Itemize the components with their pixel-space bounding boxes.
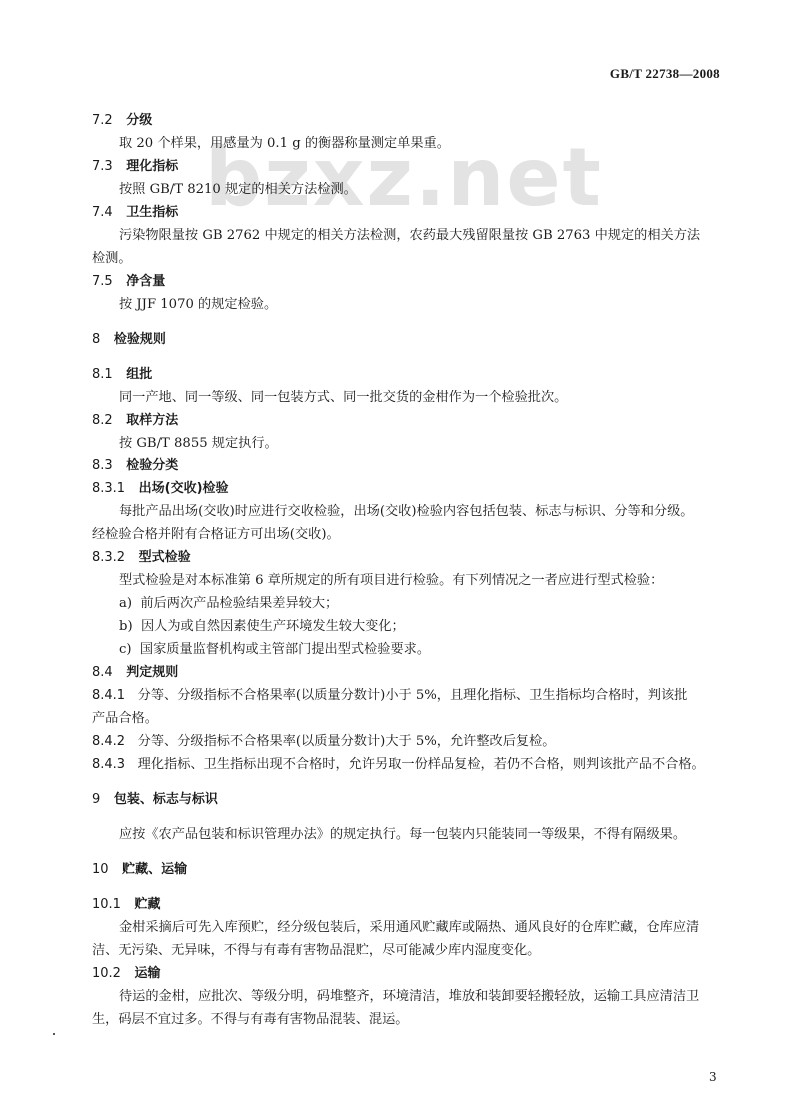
section-title: 组批 <box>126 367 152 382</box>
chapter-heading-9: 9 包装、标志与标识 <box>92 791 218 809</box>
clause-text: 理化指标、卫生指标出现不合格时，允许另取一份样品复检，若仍不合格，则判该批产品不… <box>138 757 705 772</box>
section-number: 9 <box>92 791 100 809</box>
clause-8-4-2: 8.4.2 分等、分级指标不合格果率(以质量分数计)大于 5%，允许整改后复检。 <box>92 733 556 751</box>
section-heading-8-4: 8.4 判定规则 <box>92 664 178 682</box>
paragraph: 应按《农产品包装和标识管理办法》的规定执行。每一包装内只能装同一等级果，不得有隔… <box>119 826 686 844</box>
section-title: 检验规则 <box>114 332 166 347</box>
paragraph: 同一产地、同一等级、同一包装方式、同一批交货的金柑作为一个检验批次。 <box>119 389 567 407</box>
section-number: 8.3.1 <box>92 480 125 498</box>
section-number: 8.1 <box>92 366 113 384</box>
clause-8-4-3: 8.4.3 理化指标、卫生指标出现不合格时，允许另取一份样品复检，若仍不合格，则… <box>92 756 705 774</box>
section-number: 10 <box>92 861 109 879</box>
paragraph: 按 JJF 1070 的规定检验。 <box>119 296 277 314</box>
section-title: 运输 <box>135 966 161 981</box>
section-title: 理化指标 <box>126 159 178 174</box>
chapter-heading-10: 10 贮藏、运输 <box>92 861 187 879</box>
section-number: 8.3 <box>92 457 113 475</box>
section-number: 8.4 <box>92 664 113 682</box>
scan-artifact-dot <box>53 1033 55 1035</box>
paragraph: 取 20 个样果，用感量为 0.1 g 的衡器称量测定单果重。 <box>119 135 450 153</box>
clause-number: 8.4.2 <box>92 734 125 749</box>
clause-number: 8.4.1 <box>92 688 125 703</box>
chapter-heading-8: 8 检验规则 <box>92 331 166 349</box>
clause-8-4-1: 8.4.1 分等、分级指标不合格果率(以质量分数计)小于 5%，且理化指标、卫生… <box>92 687 687 705</box>
section-title: 净含量 <box>126 274 165 289</box>
section-title: 判定规则 <box>126 665 178 680</box>
section-heading-7-4: 7.4 卫生指标 <box>92 204 178 222</box>
section-number: 7.5 <box>92 273 113 291</box>
section-title: 包装、标志与标识 <box>114 792 218 807</box>
section-title: 检验分类 <box>126 458 178 473</box>
list-text: 前后两次产品检验结果差异较大； <box>140 596 338 611</box>
section-number: 8.3.2 <box>92 549 125 567</box>
section-title: 贮藏 <box>135 897 161 912</box>
section-title: 分级 <box>126 113 152 128</box>
section-heading-7-5: 7.5 净含量 <box>92 273 165 291</box>
section-number: 8.2 <box>92 412 113 430</box>
section-number: 10.1 <box>92 896 121 914</box>
section-title: 出场(交收)检验 <box>139 481 229 496</box>
paragraph-continuation: 洁、无污染、无异味，不得与有毒有害物品混贮，尽可能减少库内湿度变化。 <box>92 942 540 960</box>
section-number: 7.3 <box>92 158 113 176</box>
list-marker: a) <box>119 596 132 611</box>
section-heading-8-1: 8.1 组批 <box>92 366 152 384</box>
section-number: 8 <box>92 331 100 349</box>
section-heading-7-2: 7.2 分级 <box>92 112 152 130</box>
standard-number: GB/T 22738—2008 <box>610 66 720 82</box>
paragraph: 金柑采摘后可先入库预贮，经分级包装后，采用通风贮藏库或隔热、通风良好的仓库贮藏，… <box>119 919 699 937</box>
list-text: 因人为或自然因素使生产环境发生较大变化； <box>141 619 405 634</box>
paragraph-continuation: 检测。 <box>92 250 132 268</box>
paragraph: 污染物限量按 GB 2762 中规定的相关方法检测，农药最大残留限量按 GB 2… <box>119 227 700 245</box>
list-text: 国家质量监督机构或主管部门提出型式检验要求。 <box>140 642 430 657</box>
paragraph-continuation: 生，码层不宜过多。不得与有毒有害物品混装、混运。 <box>92 1011 409 1029</box>
paragraph: 按 GB/T 8855 规定执行。 <box>119 435 278 453</box>
section-heading-10-1: 10.1 贮藏 <box>92 896 161 914</box>
document-page: GB/T 22738—2008 7.2 分级 取 20 个样果，用感量为 0.1… <box>0 0 800 1120</box>
list-item: c) 国家质量监督机构或主管部门提出型式检验要求。 <box>119 641 430 659</box>
section-title: 贮藏、运输 <box>122 862 187 877</box>
section-title: 型式检验 <box>139 550 191 565</box>
section-title: 取样方法 <box>126 413 178 428</box>
paragraph-continuation: 产品合格。 <box>92 710 158 728</box>
paragraph: 每批产品出场(交收)时应进行交收检验，出场(交收)检验内容包括包装、标志与标识、… <box>119 503 693 521</box>
section-number: 10.2 <box>92 965 121 983</box>
list-marker: b) <box>119 619 133 634</box>
section-title: 卫生指标 <box>126 205 178 220</box>
page-number: 3 <box>709 1070 717 1084</box>
section-heading-7-3: 7.3 理化指标 <box>92 158 178 176</box>
paragraph: 待运的金柑，应批次、等级分明，码堆整齐，环境清洁，堆放和装卸要轻搬轻放，运输工具… <box>119 988 699 1006</box>
list-marker: c) <box>119 642 132 657</box>
clause-text: 分等、分级指标不合格果率(以质量分数计)大于 5%，允许整改后复检。 <box>138 734 556 749</box>
paragraph-continuation: 经检验合格并附有合格证方可出场(交收)。 <box>92 526 340 544</box>
section-heading-8-3-1: 8.3.1 出场(交收)检验 <box>92 480 229 498</box>
list-item: a) 前后两次产品检验结果差异较大； <box>119 595 338 613</box>
paragraph: 按照 GB/T 8210 规定的相关方法检测。 <box>119 181 357 199</box>
list-item: b) 因人为或自然因素使生产环境发生较大变化； <box>119 618 405 636</box>
section-heading-10-2: 10.2 运输 <box>92 965 161 983</box>
section-heading-8-3: 8.3 检验分类 <box>92 457 178 475</box>
section-number: 7.2 <box>92 112 113 130</box>
paragraph: 型式检验是对本标准第 6 章所规定的所有项目进行检验。有下列情况之一者应进行型式… <box>119 572 663 590</box>
section-heading-8-3-2: 8.3.2 型式检验 <box>92 549 191 567</box>
section-heading-8-2: 8.2 取样方法 <box>92 412 178 430</box>
section-number: 7.4 <box>92 204 113 222</box>
clause-text: 分等、分级指标不合格果率(以质量分数计)小于 5%，且理化指标、卫生指标均合格时… <box>138 688 688 703</box>
clause-number: 8.4.3 <box>92 757 125 772</box>
